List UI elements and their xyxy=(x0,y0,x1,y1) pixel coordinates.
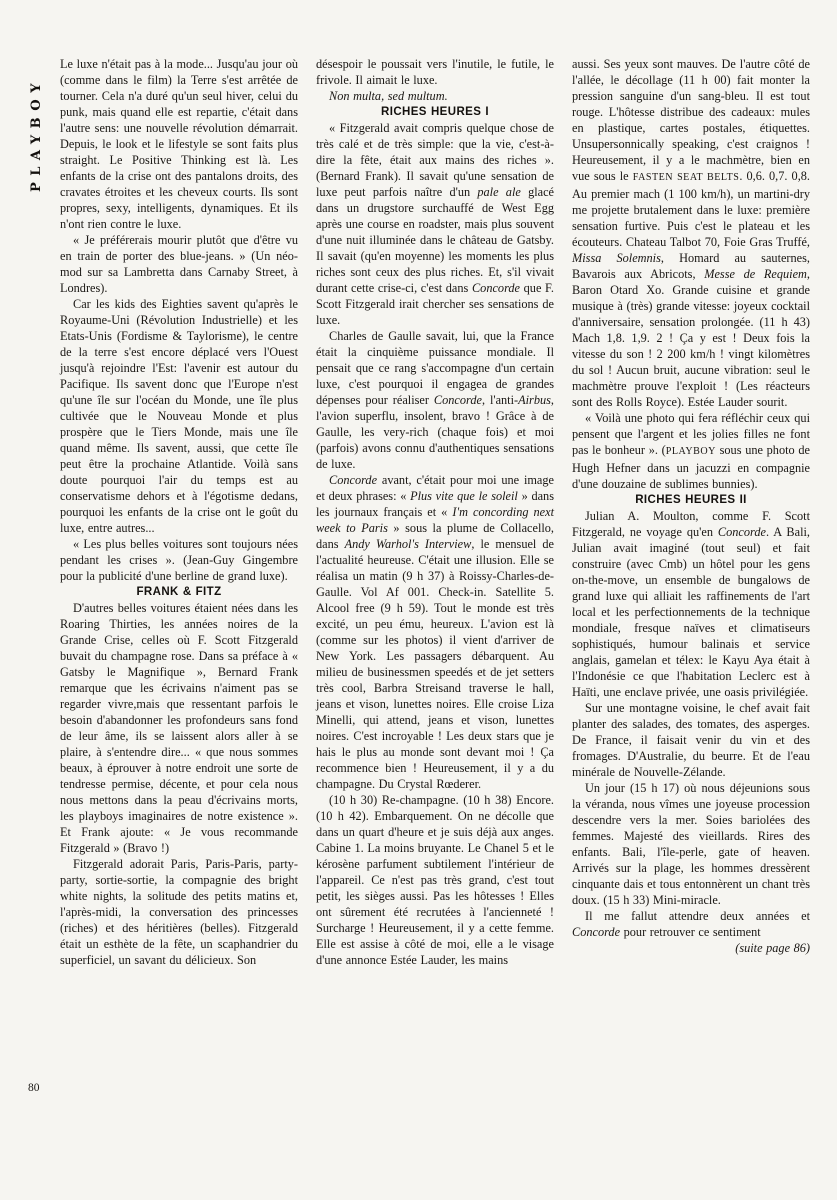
section-heading: RICHES HEURES II xyxy=(572,492,810,508)
paragraph: Un jour (15 h 17) où nous déjeunions sou… xyxy=(572,780,810,908)
paragraph: D'autres belles voitures étaient nées da… xyxy=(60,600,298,856)
magazine-page: PLAYBOY 80 Le luxe n'était pas à la mode… xyxy=(0,0,837,1200)
paragraph: désespoir le poussait vers l'inutile, le… xyxy=(316,56,554,88)
paragraph: « Fitzgerald avait compris quelque chose… xyxy=(316,120,554,328)
paragraph: Julian A. Moulton, comme F. Scott Fitzge… xyxy=(572,508,810,700)
paragraph: « Voilà une photo qui fera réfléchir ceu… xyxy=(572,410,810,492)
paragraph: (suite page 86) xyxy=(572,940,810,956)
paragraph: (10 h 30) Re-champagne. (10 h 38) Encore… xyxy=(316,792,554,968)
paragraph: Charles de Gaulle savait, lui, que la Fr… xyxy=(316,328,554,472)
paragraph: Fitzgerald adorait Paris, Paris-Paris, p… xyxy=(60,856,298,968)
paragraph: Le luxe n'était pas à la mode... Jusqu'a… xyxy=(60,56,298,232)
paragraph: Non multa, sed multum. xyxy=(316,88,554,104)
paragraph: Concorde avant, c'était pour moi une ima… xyxy=(316,472,554,792)
paragraph: Il me fallut attendre deux années et Con… xyxy=(572,908,810,940)
article-column-3: aussi. Ses yeux sont mauves. De l'autre … xyxy=(572,56,810,968)
paragraph: « Je préférerais mourir plutôt que d'êtr… xyxy=(60,232,298,296)
paragraph: « Les plus belles voitures sont toujours… xyxy=(60,536,298,584)
section-heading: FRANK & FITZ xyxy=(60,584,298,600)
playboy-spine-label: PLAYBOY xyxy=(29,77,44,192)
paragraph: aussi. Ses yeux sont mauves. De l'autre … xyxy=(572,56,810,410)
section-heading: RICHES HEURES I xyxy=(316,104,554,120)
article-columns: Le luxe n'était pas à la mode... Jusqu'a… xyxy=(60,56,810,968)
paragraph: Sur une montagne voisine, le chef avait … xyxy=(572,700,810,780)
page-number: 80 xyxy=(28,1082,40,1094)
article-column-2: désespoir le poussait vers l'inutile, le… xyxy=(316,56,554,968)
paragraph: Car les kids des Eighties savent qu'aprè… xyxy=(60,296,298,536)
article-column-1: Le luxe n'était pas à la mode... Jusqu'a… xyxy=(60,56,298,968)
